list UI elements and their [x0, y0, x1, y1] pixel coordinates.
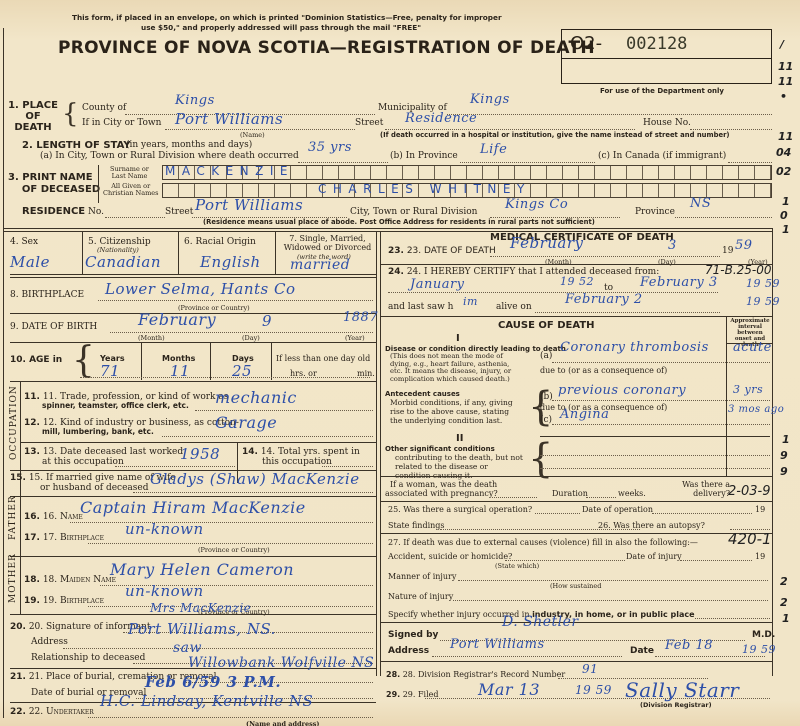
margin-code: 11	[778, 130, 793, 143]
age-min-label: min.	[357, 369, 375, 378]
last-saw-date: February 2	[565, 292, 643, 307]
cause-c-label: (c)	[540, 415, 552, 425]
antecedent-note: Morbid conditions, if any, giving rise t…	[390, 398, 523, 425]
father-name-value: Captain Hiram MacKenzie	[80, 498, 306, 517]
dod-year-prefix: 19	[722, 246, 733, 256]
operation-label: 25. Was there a surgical operation?	[388, 505, 532, 514]
house-no-label: House No.	[643, 118, 691, 128]
racial-origin-value: English	[200, 253, 261, 271]
sex-label: 4. Sex	[10, 237, 38, 247]
surname-value: MACKENZIE	[165, 164, 294, 178]
last-worked-value: 1958	[180, 445, 220, 463]
delivery-code: 2-03-9	[728, 484, 770, 499]
given-names-value: CHARLES WHITNEY	[318, 182, 531, 196]
injury-year-prefix: 19	[755, 552, 765, 561]
mother-maiden-value: Mary Helen Cameron	[110, 560, 294, 579]
filed-date-value: Mar 13	[478, 680, 540, 699]
margin-code: 1	[782, 195, 790, 208]
cause-heading: CAUSE OF DEATH	[498, 320, 595, 331]
trade-value: mechanic	[215, 388, 297, 407]
undertaker-label: 22. 22. Undertaker	[10, 707, 94, 717]
cert-address-label: Address	[388, 646, 429, 656]
dob-year: 1887	[343, 310, 378, 325]
deceased-name-label: 3. PRINT NAME OF DECEASED3. PRINT NAME O…	[8, 172, 100, 196]
hospital-note: (If death occurred in a hospital or inst…	[380, 131, 730, 139]
cause-a-value: Coronary thrombosis	[560, 340, 709, 355]
age-less-label: If less than one day old	[276, 354, 370, 363]
dod-year: 59	[735, 238, 753, 253]
accident-label: Accident, suicide or homicide?	[388, 552, 512, 561]
sex-value: Male	[10, 253, 50, 271]
last-saw-label: and last saw h	[388, 302, 453, 312]
stay-canada-label: (c) In Canada (if immigrant)	[598, 151, 726, 161]
interval-a-value: acute	[733, 340, 772, 355]
findings-label: State findings	[388, 521, 445, 530]
signed-by-label: Signed by	[388, 630, 438, 640]
cause-b-label: (b)	[540, 392, 553, 402]
father-birthplace-caption: (Province or Country)	[198, 546, 270, 554]
informant-address-label: Address	[31, 637, 68, 647]
weeks-label: weeks.	[618, 489, 646, 498]
margin-code: 11	[778, 75, 793, 88]
margin-code: /	[780, 38, 784, 51]
page-title: PROVINCE OF NOVA SCOTIA—REGISTRATION OF …	[58, 38, 595, 58]
stay-province-label: (b) In Province	[390, 151, 458, 161]
dod-month: February	[510, 234, 584, 252]
due-to-label-a: due to (or as a consequence of)	[540, 366, 667, 375]
father-name-label: 16. 16. Name	[24, 512, 83, 522]
state-which-caption: (State which)	[495, 562, 539, 570]
mother-section-label: MOTHER	[8, 553, 18, 603]
margin-code: 2	[780, 596, 788, 609]
operation-year-prefix: 19	[755, 505, 765, 514]
residence-street-label: Street	[165, 207, 193, 217]
marital-status-value: married	[290, 257, 350, 273]
immediate-note: (This does not mean the mode of dying, e…	[390, 353, 520, 383]
birthplace-value: Lower Selma, Hants Co	[105, 280, 296, 298]
last-saw-year: 19 59	[746, 295, 780, 308]
given-names-label: All Given or Christian NamesAll Given or…	[103, 183, 158, 197]
margin-code: 9	[780, 449, 788, 462]
external-causes-label: 27. If death was due to external causes …	[388, 538, 698, 547]
pregnancy-label-line2: associated with pregnancy?	[385, 489, 498, 498]
signed-by-value: D. Shetler	[502, 614, 579, 630]
cert-address-value: Port Williams	[450, 637, 545, 652]
record-number-label: 28. 28. Division Registrar's Record Numb…	[386, 670, 565, 679]
registrar-signature: Sally Starr	[625, 678, 739, 702]
cert-date-year: 19 59	[742, 643, 776, 656]
antecedent-label: Antecedent causes	[385, 390, 460, 398]
certificate-number-box: O2- 002128	[561, 29, 772, 84]
margin-code: •	[780, 90, 787, 103]
informant-relationship-value: saw	[173, 640, 202, 656]
mail-notice-line1: This form, if placed in an envelope, on …	[72, 13, 502, 22]
county-label: County of	[82, 103, 126, 113]
alive-on-label: alive on	[496, 302, 532, 312]
certificate-number: 002128	[626, 34, 687, 54]
residence-street-value: Port Williams	[195, 196, 303, 214]
surname-label: Surname or Last NameSurname orLast Name	[110, 166, 149, 180]
margin-code: 1	[782, 612, 790, 625]
stay-city-value: 35 yrs	[308, 140, 352, 155]
county-value: Kings	[175, 93, 215, 108]
father-section-label: FATHER	[8, 495, 18, 540]
cause-b-value: previous coronary	[558, 383, 686, 398]
department-note: For use of the Department only	[600, 87, 724, 95]
margin-code: 02	[776, 165, 791, 178]
pregnancy-label-line1: If a woman, was the death	[390, 480, 497, 489]
informant-relationship-label: Relationship to deceased	[31, 653, 145, 663]
filed-year-value: 19 59	[575, 683, 612, 697]
birthplace-label: 8. BIRTHPLACE	[10, 290, 84, 300]
interval-c-value: 3 mos ago	[728, 404, 784, 415]
to-year: 19 59	[746, 277, 780, 290]
injury-date-label: Date of injury	[626, 552, 682, 561]
last-saw-pronoun: im	[463, 295, 478, 308]
cert-date-label: Date	[630, 646, 654, 656]
dod-day: 3	[668, 238, 677, 253]
city-value: Port Williams	[175, 110, 283, 128]
mother-birthplace-value: un-known	[125, 582, 204, 600]
residence-label: RESIDENCE	[22, 206, 85, 217]
residence-division-label: City, Town or Rural Division	[350, 207, 477, 217]
margin-code: 1	[782, 223, 790, 236]
street-value: Residence	[405, 111, 477, 126]
mail-notice-line2: use $50," and properly addressed will pa…	[141, 23, 421, 32]
burial-date-value: Feb 6/59 3 P.M.	[145, 673, 281, 691]
registrar-caption: (Division Registrar)	[640, 701, 712, 709]
total-years-label: 14. 14. Total yrs. spent in	[242, 447, 360, 457]
racial-origin-label: 6. Racial Origin	[184, 237, 256, 247]
margin-code: 9	[780, 465, 788, 478]
duration-label: Duration	[552, 489, 588, 498]
margin-code: 0	[780, 209, 788, 222]
how-sustained-caption: (How sustained	[550, 582, 601, 590]
left-border	[3, 28, 4, 718]
interval-b-value: 3 yrs	[733, 383, 763, 396]
residence-province-label: Province	[635, 207, 675, 217]
margin-code: 04	[776, 146, 791, 159]
stay-province-value: Life	[480, 142, 507, 157]
part-two-label: II	[456, 433, 463, 444]
informant-address-value: Port Williams, NS.	[128, 620, 276, 638]
dob-day-caption: (Day)	[242, 334, 260, 342]
dob-label: 9. DATE OF BIRTH	[10, 322, 97, 332]
burial-place-value: Willowbank Wolfville NS	[188, 655, 374, 671]
city-label: If in City or Town	[82, 118, 161, 128]
autopsy-label: 26. Was there an autopsy?	[598, 521, 705, 530]
informant-signature-value: Mrs MacKenzie	[150, 601, 251, 615]
occupation-section-label: OCCUPATION	[9, 385, 19, 460]
municipality-value: Kings	[470, 92, 510, 107]
name-caption: (Name)	[240, 131, 265, 139]
citizenship-value: Canadian	[85, 253, 161, 271]
cause-a-label: (a)	[540, 351, 552, 361]
length-of-stay-label: 2. LENGTH OF STAY	[22, 140, 131, 151]
record-number-value: 91	[582, 662, 598, 676]
delivery-label: Was there a delivery?	[680, 480, 730, 498]
residence-province-value: NS	[690, 196, 711, 211]
industry-sub: mill, lumbering, bank, etc.	[42, 427, 154, 436]
age-hrs-label: hrs. or	[290, 369, 317, 378]
undertaker-caption: (Name and address)	[246, 720, 320, 726]
stay-city-label: (a) In City, Town or Rural Division wher…	[40, 151, 299, 161]
last-worked-sub: at this occupation	[42, 457, 124, 467]
part-one-label: I	[456, 333, 460, 344]
cause-c-value: Angina	[560, 407, 609, 422]
spouse-value: Gladys (Shaw) MacKenzie	[150, 470, 360, 488]
nature-label: Nature of injury	[388, 592, 453, 601]
dob-month: February	[138, 310, 216, 329]
father-birthplace-label: 17. 17. Birthplace	[24, 533, 104, 543]
attended-to: February 3	[640, 275, 718, 290]
residence-no-label: No.	[88, 207, 104, 217]
residence-division-value: Kings Co	[505, 197, 568, 212]
last-worked-label: 13. 13. Date deceased last worked	[24, 447, 183, 457]
certify-label: 24. 24. I HEREBY CERTIFY that I attended…	[388, 267, 659, 277]
manner-label: Manner of injury	[388, 572, 456, 581]
other-conditions-label: Other significant conditions	[385, 445, 495, 453]
margin-code: 1	[782, 433, 790, 446]
death-registration-form: This form, if placed in an envelope, on …	[0, 0, 800, 726]
street-label: Street	[355, 118, 383, 128]
margin-code: 11	[778, 60, 793, 73]
age-label: 10. AGE in	[10, 355, 62, 365]
dod-label: 23. 23. DATE OF DEATH	[388, 246, 496, 256]
father-birthplace-value: un-known	[125, 520, 204, 538]
marital-status-label: 7. Single, Married, Widowed or Divorced	[280, 234, 375, 252]
from-year: 19 52	[560, 275, 594, 288]
dob-day: 9	[262, 312, 272, 330]
dob-year-caption: (Year)	[345, 334, 365, 342]
dob-month-caption: (Month)	[138, 334, 165, 342]
industry-value: Garage	[215, 413, 277, 432]
place-of-death-label: 1. PLACE OF DEATH1. PLACEOFDEATH	[8, 100, 58, 133]
trade-sub: spinner, teamster, office clerk, etc.	[42, 401, 189, 410]
operation-date-label: Date of operation	[582, 505, 653, 514]
residence-note: (Residence means usual place of abode. P…	[203, 218, 595, 226]
cert-date-value: Feb 18	[665, 638, 713, 653]
attended-from: January	[410, 277, 465, 292]
certificate-prefix: O2-	[570, 33, 602, 54]
length-of-stay-sublabel: (in years, months and days)	[126, 140, 252, 150]
mother-birthplace-label: 19. 19. Birthplace	[24, 596, 104, 606]
md-label: M.D.	[752, 630, 775, 640]
undertaker-value: H.C. Lindsay, Kentville NS	[100, 692, 313, 710]
external-code: 420-1	[728, 530, 772, 548]
mother-maiden-label: 18. 18. Maiden Name	[24, 575, 116, 585]
margin-code: 2	[780, 575, 788, 588]
